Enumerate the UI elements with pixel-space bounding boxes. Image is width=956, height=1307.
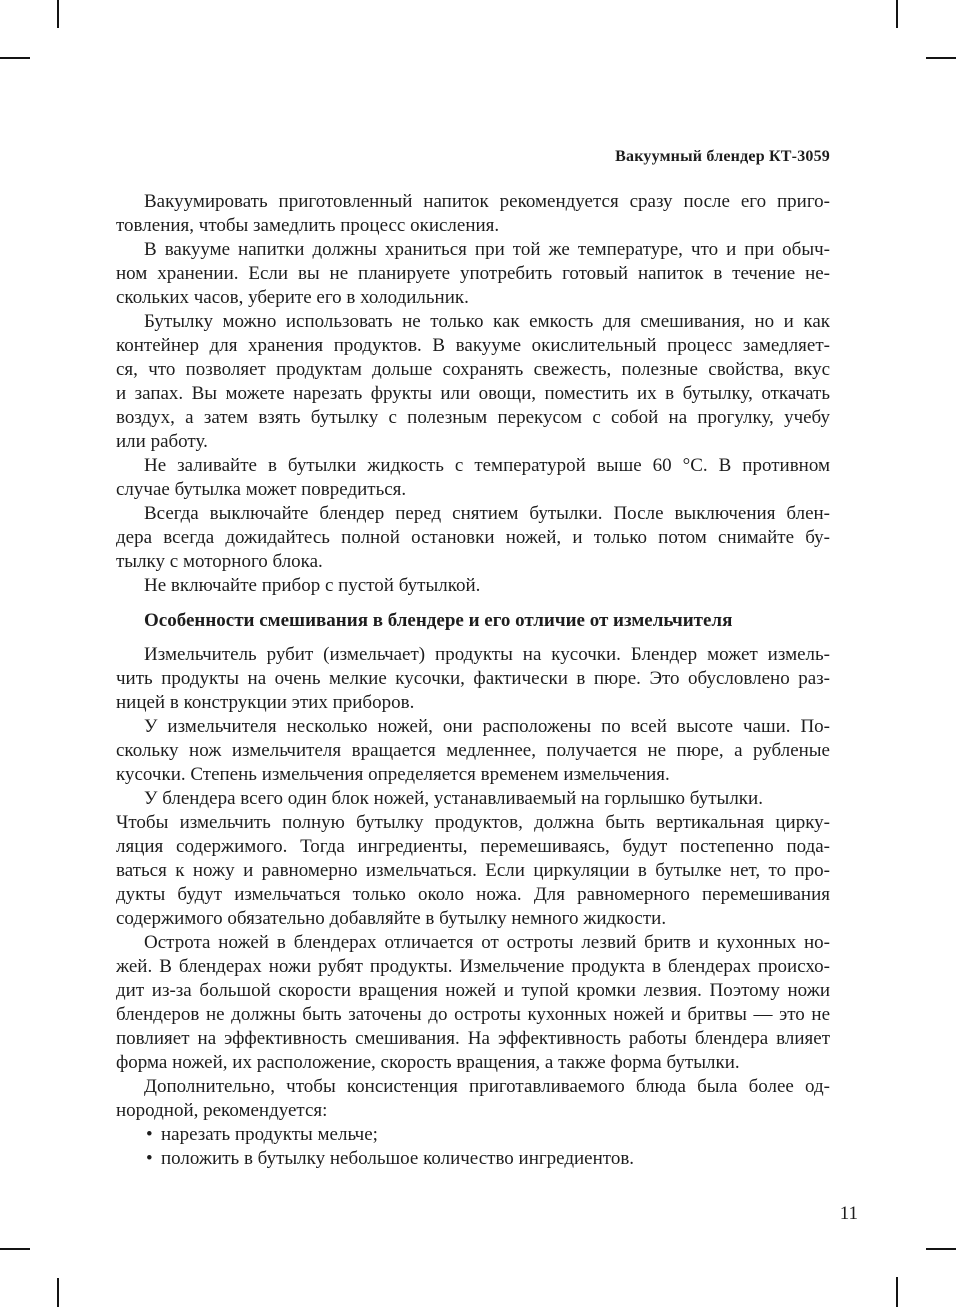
paragraph-line: Острота ножей в блендерах отличается от … xyxy=(116,931,830,955)
crop-mark-bottom-right-vertical xyxy=(896,1277,898,1307)
section-heading: Особенности смешивания в блендере и его … xyxy=(116,609,830,633)
crop-mark-top-left-vertical xyxy=(57,0,59,28)
paragraph: В вакууме напитки должны храниться при т… xyxy=(116,238,830,310)
paragraph-line: дера всегда дожидайтесь полной остановки… xyxy=(116,526,830,550)
paragraph: Всегда выключайте блендер перед снятием … xyxy=(116,502,830,574)
crop-mark-top-left-horizontal xyxy=(0,57,30,59)
paragraph: У измельчителя несколько ножей, они расп… xyxy=(116,715,830,787)
paragraph-line: У измельчителя несколько ножей, они расп… xyxy=(116,715,830,739)
paragraph-line: контейнер для хранения продуктов. В ваку… xyxy=(116,334,830,358)
paragraph-line: дит из-за большой скорости вращения ноже… xyxy=(116,979,830,1003)
paragraph-line: ницей в конструкции этих приборов. xyxy=(116,691,830,715)
paragraph-line: ном хранении. Если вы не планируете упот… xyxy=(116,262,830,286)
paragraph-line: скольку нож измельчителя вращается медле… xyxy=(116,739,830,763)
paragraph-line: У блендера всего один блок ножей, устана… xyxy=(116,787,830,811)
paragraph-line: ся, что позволяет продуктам дольше сохра… xyxy=(116,358,830,382)
paragraph-line: или работу. xyxy=(116,430,830,454)
paragraph-line: повлияет на эффективность смешивания. На… xyxy=(116,1027,830,1051)
paragraph-line: форма ножей, их расположение, скорость в… xyxy=(116,1051,830,1075)
crop-mark-bottom-left-vertical xyxy=(57,1278,59,1307)
body-text: Вакуумировать приготовленный напиток рек… xyxy=(116,190,830,1171)
paragraph-line: тылку с моторного блока. xyxy=(116,550,830,574)
paragraph: Бутылку можно использовать не только как… xyxy=(116,310,830,454)
document-page: Вакуумный блендер КТ-3059 Вакуумировать … xyxy=(0,0,956,1307)
paragraph: Не заливайте в бутылки жидкость с темпер… xyxy=(116,454,830,502)
paragraph-line: Дополнительно, чтобы консистенция пригот… xyxy=(116,1075,830,1099)
bullet-text: положить в бутылку небольшое количество … xyxy=(161,1148,634,1169)
paragraph-line: содержимого обязательно добавляйте в бут… xyxy=(116,907,830,931)
bullet-item: •положить в бутылку небольшое количество… xyxy=(116,1147,830,1171)
paragraph-line: Бутылку можно использовать не только как… xyxy=(116,310,830,334)
paragraph-line: воздух, а затем взять бутылку с полезным… xyxy=(116,406,830,430)
paragraph-line: дукты будут измельчаться только около но… xyxy=(116,883,830,907)
crop-mark-top-right-vertical xyxy=(896,0,898,28)
paragraph-line: В вакууме напитки должны храниться при т… xyxy=(116,238,830,262)
paragraph-line: товления, чтобы замедлить процесс окисле… xyxy=(116,214,830,238)
paragraph-line: ваться к ножу и равномерно измельчаться.… xyxy=(116,859,830,883)
crop-mark-top-right-horizontal xyxy=(926,57,956,59)
paragraph-line: жей. В блендерах ножи рубят продукты. Из… xyxy=(116,955,830,979)
bullet-icon: • xyxy=(146,1123,161,1147)
paragraph-line: Не включайте прибор с пустой бутылкой. xyxy=(116,574,830,598)
paragraph: Вакуумировать приготовленный напиток рек… xyxy=(116,190,830,238)
crop-mark-bottom-right-horizontal xyxy=(926,1248,956,1250)
running-header: Вакуумный блендер КТ-3059 xyxy=(116,145,830,169)
paragraph-line: случае бутылка может повредиться. xyxy=(116,478,830,502)
paragraph: Острота ножей в блендерах отличается от … xyxy=(116,931,830,1075)
paragraph-line: и запах. Вы можете нарезать фрукты или о… xyxy=(116,382,830,406)
paragraph: Измельчитель рубит (измельчает) продукты… xyxy=(116,643,830,715)
paragraph-line: Измельчитель рубит (измельчает) продукты… xyxy=(116,643,830,667)
paragraph-line: ляция содержимого. Тогда ингредиенты, пе… xyxy=(116,835,830,859)
paragraph-line: Вакуумировать приготовленный напиток рек… xyxy=(116,190,830,214)
paragraph: Дополнительно, чтобы консистенция пригот… xyxy=(116,1075,830,1123)
paragraph: У блендера всего один блок ножей, устана… xyxy=(116,787,830,931)
paragraph: Не включайте прибор с пустой бутылкой. xyxy=(116,574,830,598)
paragraph-line: блендеров не должны быть заточены до ост… xyxy=(116,1003,830,1027)
text-column: Вакуумный блендер КТ-3059 Вакуумировать … xyxy=(116,0,830,1171)
bullet-text: нарезать продукты мельче; xyxy=(161,1124,378,1145)
bullet-item: •нарезать продукты мельче; xyxy=(116,1123,830,1147)
paragraph-line: чить продукты на очень мелкие кусочки, ф… xyxy=(116,667,830,691)
paragraph-line: Всегда выключайте блендер перед снятием … xyxy=(116,502,830,526)
paragraph-line: скольких часов, уберите его в холодильни… xyxy=(116,286,830,310)
paragraph-line: кусочки. Степень измельчения определяетс… xyxy=(116,763,830,787)
page-number: 11 xyxy=(840,1202,858,1226)
paragraph-line: Не заливайте в бутылки жидкость с темпер… xyxy=(116,454,830,478)
paragraph-line: Чтобы измельчить полную бутылку продукто… xyxy=(116,811,830,835)
crop-mark-bottom-left-horizontal xyxy=(0,1248,30,1250)
bullet-icon: • xyxy=(146,1147,161,1171)
paragraph-line: нородной, рекомендуется: xyxy=(116,1099,830,1123)
